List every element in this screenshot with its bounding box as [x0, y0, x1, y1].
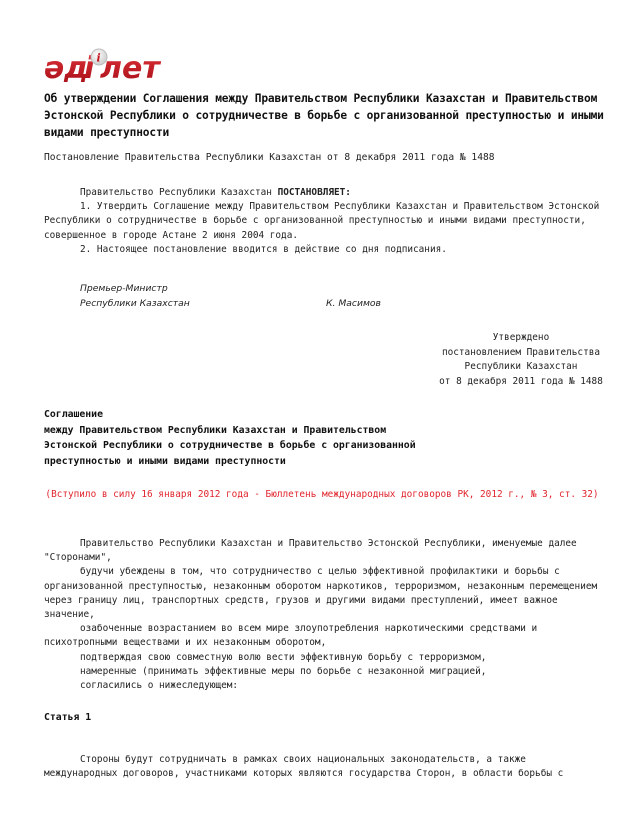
preamble-paragraph-3: озабоченные возрастанием во всем мире зл…: [44, 622, 600, 650]
article-1-title: Статья 1: [44, 712, 91, 723]
document-title: Об утверждении Соглашения между Правител…: [44, 90, 604, 141]
article-1-paragraph: Стороны будут сотрудничать в рамках свои…: [44, 753, 600, 781]
approval-block: Утверждено постановлением Правительства …: [416, 331, 626, 389]
signature-line-1: Премьер-Министр: [80, 281, 190, 296]
resolution-intro: Правительство Республики Казахстан ПОСТА…: [44, 186, 600, 200]
agreement-title-line-2: между Правительством Республики Казахста…: [44, 423, 484, 439]
approval-line-2: постановлением Правительства: [416, 346, 626, 361]
preamble-paragraph-5: намеренные (принимать эффективные меры п…: [44, 665, 600, 679]
entry-into-force-note: (Вступило в силу 16 января 2012 года - Б…: [44, 487, 600, 502]
resolution-intro-text: Правительство Республики Казахстан: [80, 187, 278, 198]
approval-line-4: от 8 декабря 2011 года № 1488: [416, 375, 626, 390]
document-subtitle: Постановление Правительства Республики К…: [44, 151, 495, 165]
svg-text:лет: лет: [100, 51, 161, 86]
preamble-paragraph-1: Правительство Республики Казахстан и Пра…: [44, 537, 600, 565]
adilet-logo-icon: ә д і i лет: [42, 44, 172, 86]
signature-name: К. Масимов: [326, 296, 381, 311]
agreement-title-line-1: Соглашение: [44, 407, 484, 423]
agreement-title: Соглашение между Правительством Республи…: [44, 407, 484, 469]
approval-line-1: Утверждено: [416, 331, 626, 346]
adilet-logo[interactable]: ә д і i лет: [42, 44, 172, 86]
agreement-title-line-3: Эстонской Республики о сотрудничестве в …: [44, 438, 484, 454]
resolution-block: Правительство Республики Казахстан ПОСТА…: [44, 186, 600, 257]
svg-text:ә: ә: [44, 51, 64, 86]
resolution-item-2: 2. Настоящее постановление вводится в де…: [44, 243, 600, 257]
signature-line-2: Республики Казахстан: [80, 296, 190, 311]
resolution-item-1: 1. Утвердить Соглашение между Правительс…: [44, 200, 600, 243]
preamble-paragraph-2: будучи убеждены в том, что сотрудничеств…: [44, 565, 600, 622]
preamble-paragraph-4: подтверждая свою совместную волю вести э…: [44, 651, 600, 665]
preamble-block: Правительство Республики Казахстан и Пра…: [44, 537, 600, 693]
agreement-title-line-4: преступностью и иными видами преступност…: [44, 454, 484, 470]
signature-title: Премьер-Министр Республики Казахстан: [80, 281, 190, 311]
approval-line-3: Республики Казахстан: [416, 360, 626, 375]
resolution-decree-word: ПОСТАНОВЛЯЕТ:: [278, 187, 351, 198]
preamble-paragraph-6: согласились о нижеследующем:: [44, 679, 600, 693]
article-1-body: Стороны будут сотрудничать в рамках свои…: [44, 753, 600, 781]
